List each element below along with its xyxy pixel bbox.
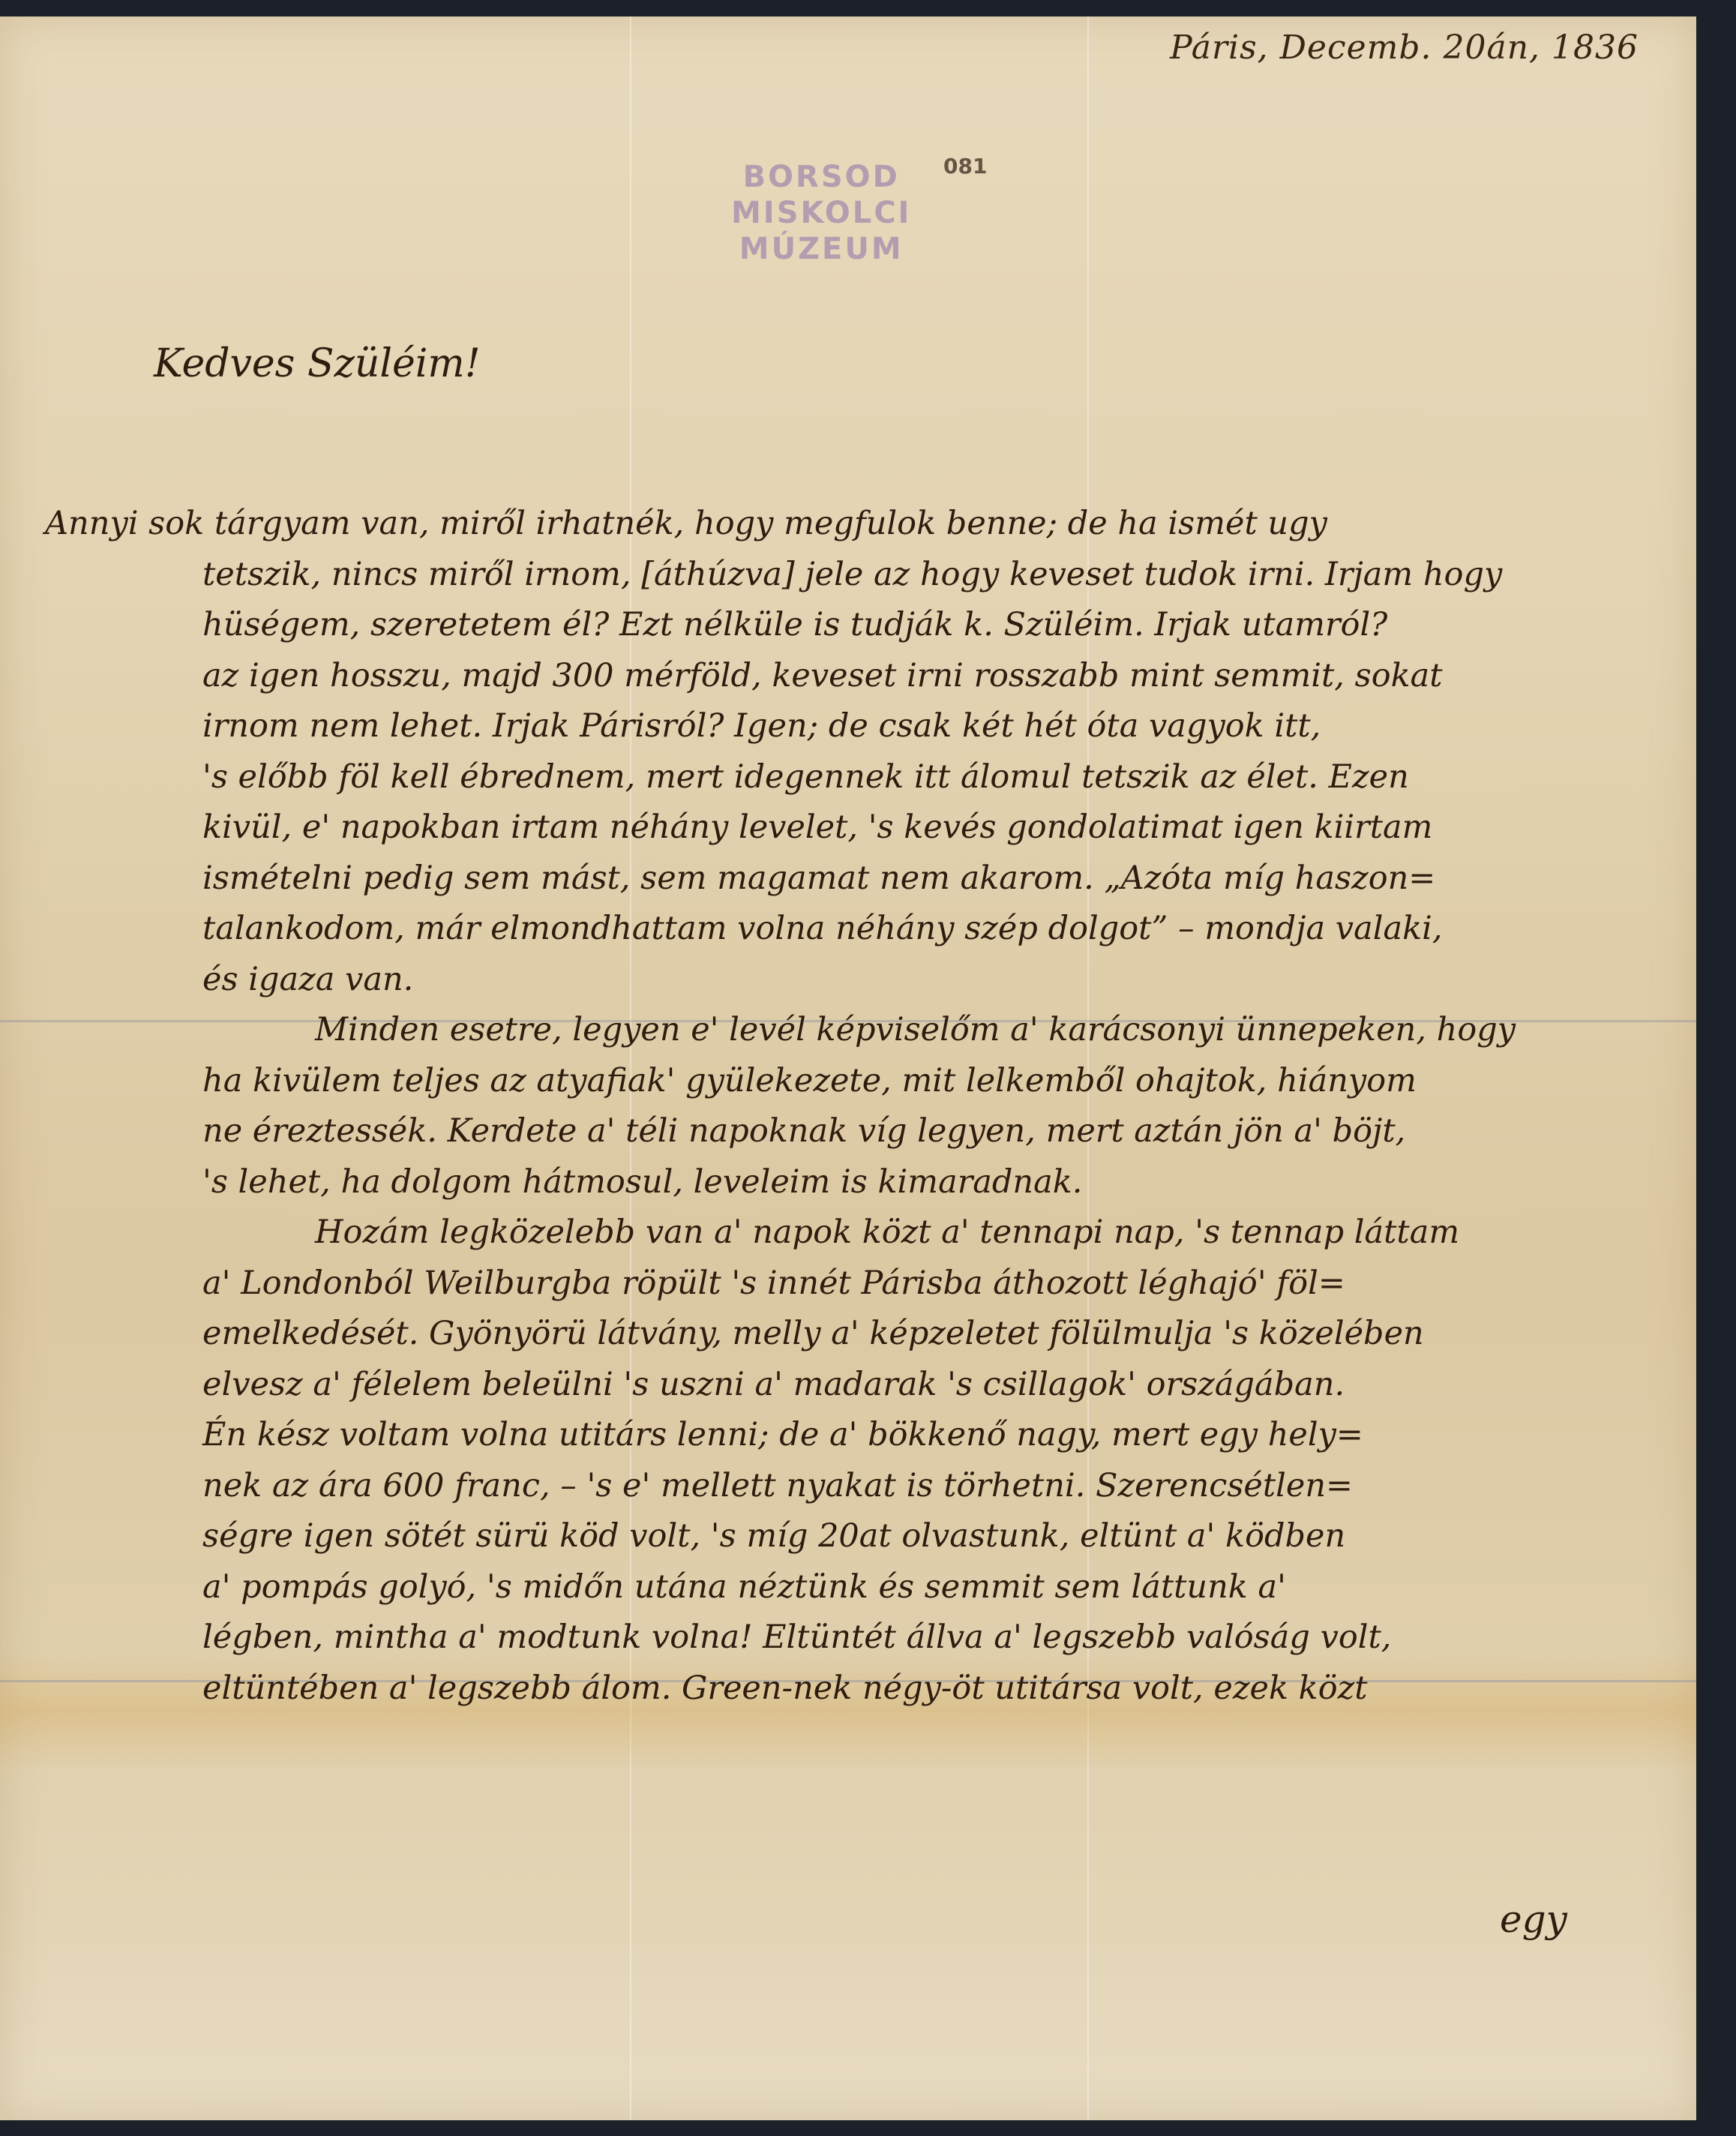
text-line: 's lehet, ha dolgom hátmosul, leveleim i… bbox=[45, 1157, 1657, 1208]
text-line: és igaza van. bbox=[45, 955, 1657, 1006]
text-line: a' Londonból Weilburgba röpült 's innét … bbox=[45, 1258, 1657, 1309]
letter-body: Annyi sok tárgyam van, miről irhatnék, h… bbox=[45, 499, 1657, 1714]
text-line: elvesz a' félelem beleülni 's uszni a' m… bbox=[45, 1360, 1657, 1411]
text-line: talankodom, már elmondhattam volna néhán… bbox=[45, 904, 1657, 955]
text-line: tetszik, nincs miről irnom, [áthúzva] je… bbox=[45, 550, 1657, 601]
text-line: ne éreztessék. Kerdete a' téli napoknak … bbox=[45, 1106, 1657, 1157]
paragraph-3: Hozám legközelebb van a' napok közt a' t… bbox=[45, 1207, 1657, 1714]
stamp-line: MISKOLCI bbox=[731, 195, 911, 231]
text-line: hüségem, szeretetem él? Ezt nélküle is t… bbox=[45, 600, 1657, 651]
dateline: Páris, Decemb. 20án, 1836 bbox=[1170, 28, 1639, 67]
paragraph-2: Minden esetre, legyen e' levél képviselő… bbox=[45, 1005, 1657, 1207]
text-line: eltüntében a' legszebb álom. Green-nek n… bbox=[45, 1663, 1657, 1714]
text-line: Én kész voltam volna utitárs lenni; de a… bbox=[45, 1410, 1657, 1461]
text-line: Minden esetre, legyen e' levél képviselő… bbox=[45, 1005, 1657, 1056]
text-line: Annyi sok tárgyam van, miről irhatnék, h… bbox=[45, 499, 1657, 550]
text-line: ségre igen sötét sürü köd volt, 's míg 2… bbox=[45, 1511, 1657, 1562]
text-line: kivül, e' napokban irtam néhány levelet,… bbox=[45, 802, 1657, 853]
catchword: egy bbox=[1500, 1897, 1567, 1941]
text-line: a' pompás golyó, 's midőn utána néztünk … bbox=[45, 1562, 1657, 1613]
text-line: Hozám legközelebb van a' napok közt a' t… bbox=[45, 1207, 1657, 1258]
stamp-line: BORSOD bbox=[731, 159, 911, 195]
museum-stamp: BORSOD MISKOLCI MÚZEUM bbox=[731, 159, 911, 267]
text-line: légben, mintha a' modtunk volna! Eltünté… bbox=[45, 1612, 1657, 1663]
paragraph-1: Annyi sok tárgyam van, miről irhatnék, h… bbox=[45, 499, 1657, 1005]
text-line: az igen hosszu, majd 300 mérföld, kevese… bbox=[45, 651, 1657, 702]
text-line: ha kivülem teljes az atyafiak' gyülekeze… bbox=[45, 1056, 1657, 1107]
text-line: emelkedését. Gyönyörü látvány, melly a' … bbox=[45, 1309, 1657, 1360]
salutation: Kedves Szüléim! bbox=[154, 341, 481, 386]
text-line: irnom nem lehet. Irjak Párisról? Igen; d… bbox=[45, 701, 1657, 752]
text-line: nek az ára 600 franc, – 's e' mellett ny… bbox=[45, 1461, 1657, 1512]
text-line: 's előbb föl kell ébrednem, mert idegenn… bbox=[45, 752, 1657, 803]
stamp-line: MÚZEUM bbox=[731, 231, 911, 267]
inventory-number: 081 bbox=[943, 154, 987, 178]
text-line: ismételni pedig sem mást, sem magamat ne… bbox=[45, 853, 1657, 904]
